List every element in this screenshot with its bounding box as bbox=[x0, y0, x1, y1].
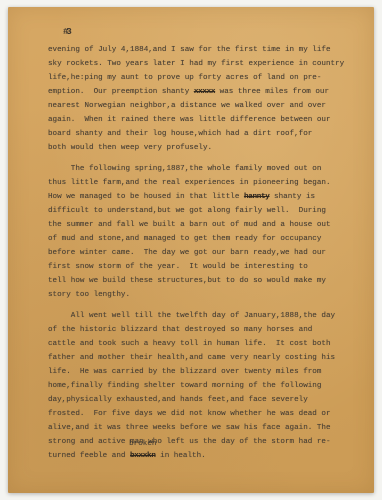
text-line: both would then weep very profusely. bbox=[48, 141, 356, 155]
text-segment: first snow storm of the year. It would b… bbox=[48, 263, 308, 271]
text-line: strong and active man who left us the da… bbox=[48, 435, 356, 449]
text-segment: evening of July 4,1884,and I saw for the… bbox=[48, 46, 331, 54]
text-segment: turned feeble and bbox=[48, 452, 130, 460]
text-segment: before winter came. The day we got our b… bbox=[48, 249, 326, 257]
text-segment: was three miles from our bbox=[215, 88, 329, 96]
text-segment: difficult to understand,but we got along… bbox=[48, 207, 326, 215]
struck-out-word: hannty bbox=[244, 193, 270, 201]
text-line: alive,and it was three weeks before we s… bbox=[48, 421, 356, 435]
text-segment: sky rockets. Two years later I had my fi… bbox=[48, 60, 344, 68]
text-segment: emption. Our preemption shanty bbox=[48, 88, 194, 96]
screenshot-root: #3 evening of July 4,1884,and I saw for … bbox=[0, 0, 382, 500]
page-number-marker: #3 bbox=[63, 27, 70, 37]
typewritten-text-body: evening of July 4,1884,and I saw for the… bbox=[48, 43, 356, 470]
text-line: frosted. For five days we did not know w… bbox=[48, 407, 356, 421]
text-segment: of the historic blizzard that destroyed … bbox=[48, 326, 312, 334]
text-segment: alive,and it was three weeks before we s… bbox=[48, 424, 331, 432]
text-segment: frosted. For five days we did not know w… bbox=[48, 410, 331, 418]
text-line: the summer and fall we built a barn out … bbox=[48, 218, 356, 232]
text-segment: again. When it rained there was little d… bbox=[48, 116, 331, 124]
text-segment: nearest Norwegian neighbor,a distance we… bbox=[48, 102, 326, 110]
text-line: nearest Norwegian neighbor,a distance we… bbox=[48, 99, 356, 113]
text-line: of the historic blizzard that destroyed … bbox=[48, 323, 356, 337]
text-segment: day,physically exhausted,and hands feet,… bbox=[48, 396, 308, 404]
struck-out-word: xxxxx bbox=[194, 88, 215, 96]
text-line: turned feeble and brokenbxxxkn in health… bbox=[48, 449, 356, 463]
text-line: life. He was carried by the blizzard ove… bbox=[48, 365, 356, 379]
struck-out-word: bxxxkn bbox=[130, 452, 156, 460]
text-segment: of mud and stone,and managed to get them… bbox=[48, 235, 321, 243]
text-segment: thus little farm,and the real experience… bbox=[48, 179, 331, 187]
text-line: How we managed to be housed in that litt… bbox=[48, 190, 356, 204]
text-line: tell how we build these structures,but t… bbox=[48, 274, 356, 288]
text-line: home,finally finding shelter toward morn… bbox=[48, 379, 356, 393]
text-segment: in health. bbox=[156, 452, 206, 460]
text-line: day,physically exhausted,and hands feet,… bbox=[48, 393, 356, 407]
text-segment: How we managed to be housed in that litt… bbox=[48, 193, 244, 201]
inserted-word: broken bbox=[129, 440, 156, 449]
text-line: first snow storm of the year. It would b… bbox=[48, 260, 356, 274]
text-segment: strong and active man who left us the da… bbox=[48, 438, 331, 446]
text-line: again. When it rained there was little d… bbox=[48, 113, 356, 127]
text-line: All went well till the twelfth day of Ja… bbox=[48, 309, 356, 323]
paragraph: All went well till the twelfth day of Ja… bbox=[48, 309, 356, 463]
text-line: of mud and stone,and managed to get them… bbox=[48, 232, 356, 246]
text-line: father and mother their health,and came … bbox=[48, 351, 356, 365]
text-segment: shanty is bbox=[270, 193, 316, 201]
text-line: The following spring,1887,the whole fami… bbox=[48, 162, 356, 176]
text-segment: story too lengthy. bbox=[48, 291, 130, 299]
text-segment: life. He was carried by the blizzard ove… bbox=[48, 368, 321, 376]
text-segment: life,he:ping my aunt to prove up forty a… bbox=[48, 74, 321, 82]
text-segment: tell how we build these structures,but t… bbox=[48, 277, 326, 285]
document-page: #3 evening of July 4,1884,and I saw for … bbox=[8, 7, 374, 493]
text-segment: home,finally finding shelter toward morn… bbox=[48, 382, 321, 390]
text-line: before winter came. The day we got our b… bbox=[48, 246, 356, 260]
text-line: sky rockets. Two years later I had my fi… bbox=[48, 57, 356, 71]
text-line: cattle and took such a heavy toll in hum… bbox=[48, 337, 356, 351]
text-segment: The following spring,1887,the whole fami… bbox=[48, 165, 321, 173]
text-segment: board shanty and their log house,which h… bbox=[48, 130, 312, 138]
correction-group: brokenbxxxkn bbox=[130, 449, 156, 463]
text-line: emption. Our preemption shanty xxxxx was… bbox=[48, 85, 356, 99]
text-line: evening of July 4,1884,and I saw for the… bbox=[48, 43, 356, 57]
text-segment: both would then weep very profusely. bbox=[48, 144, 212, 152]
text-segment: the summer and fall we built a barn out … bbox=[48, 221, 331, 229]
text-line: board shanty and their log house,which h… bbox=[48, 127, 356, 141]
text-segment: All went well till the twelfth day of Ja… bbox=[48, 312, 335, 320]
text-segment: father and mother their health,and came … bbox=[48, 354, 335, 362]
text-line: story too lengthy. bbox=[48, 288, 356, 302]
paragraph: evening of July 4,1884,and I saw for the… bbox=[48, 43, 356, 155]
text-line: difficult to understand,but we got along… bbox=[48, 204, 356, 218]
text-line: thus little farm,and the real experience… bbox=[48, 176, 356, 190]
text-segment: cattle and took such a heavy toll in hum… bbox=[48, 340, 331, 348]
paragraph: The following spring,1887,the whole fami… bbox=[48, 162, 356, 302]
text-line: life,he:ping my aunt to prove up forty a… bbox=[48, 71, 356, 85]
